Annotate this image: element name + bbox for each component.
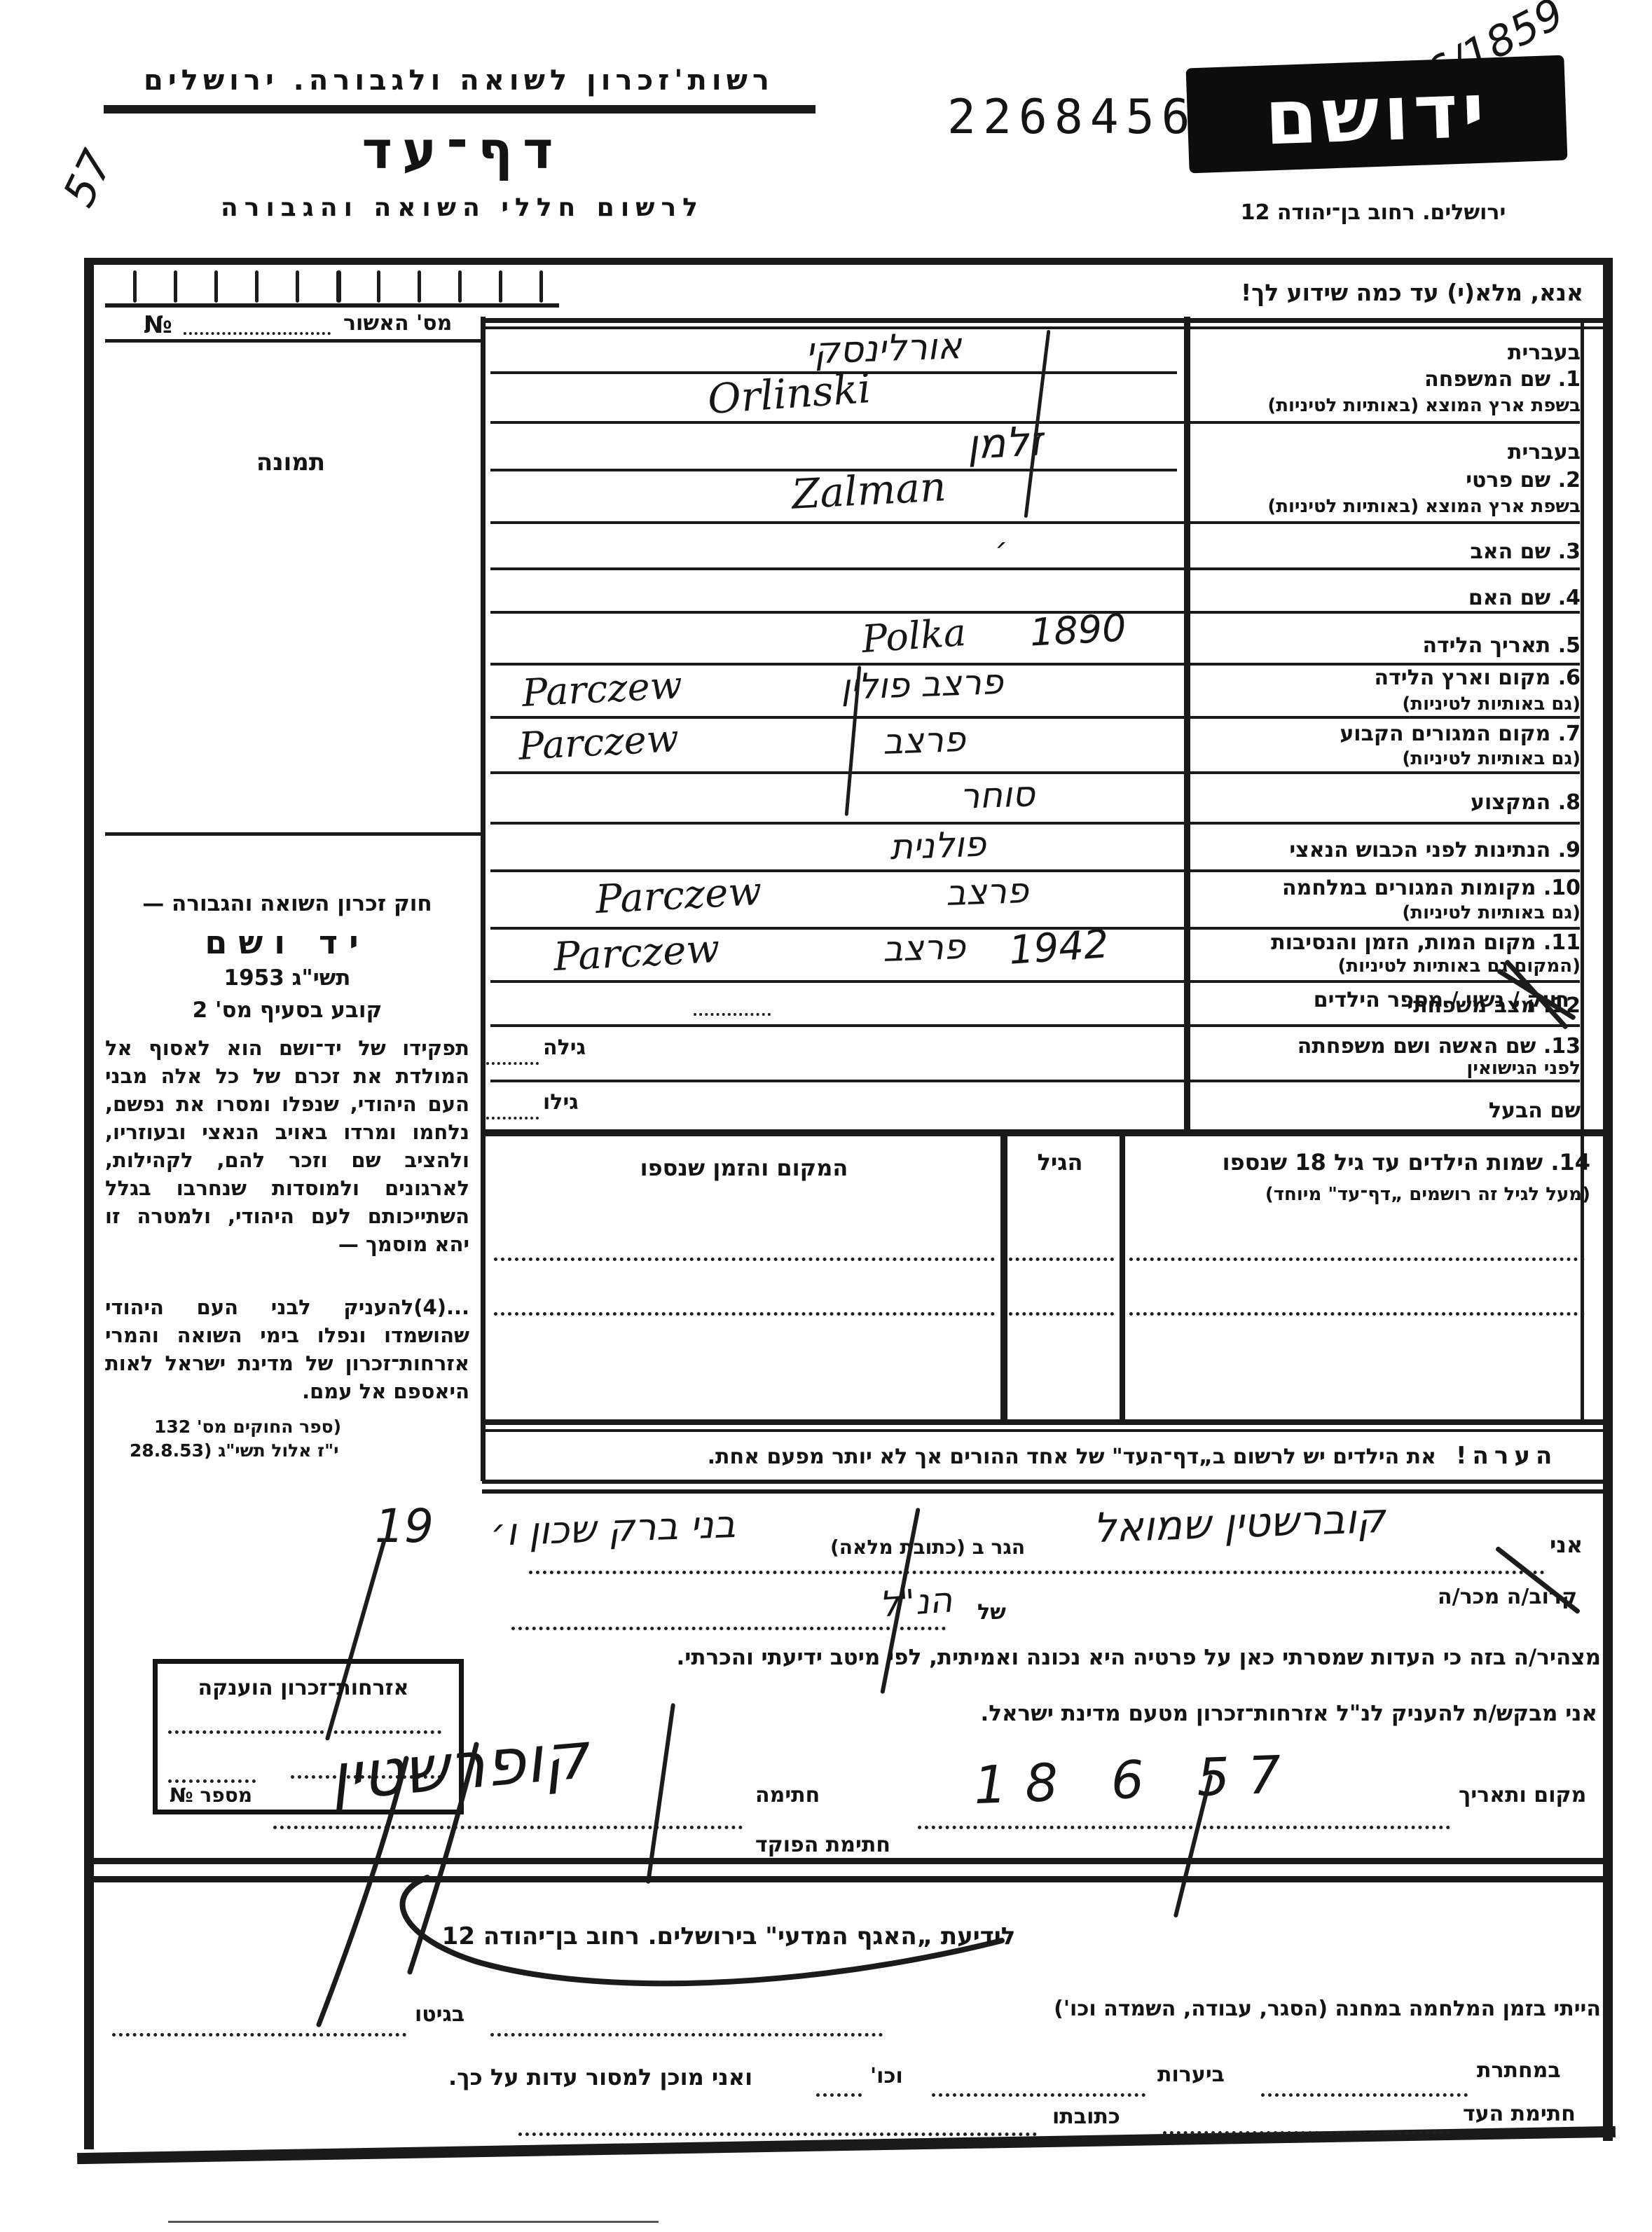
photo-underline	[105, 832, 482, 836]
yad-vashem-stamp: ידושם	[1186, 55, 1568, 174]
field-7-label: 7. מקום המגורים הקבוע	[1191, 722, 1581, 746]
field-rule	[490, 521, 1580, 524]
box-border-top	[84, 258, 1613, 265]
ruler-tick	[133, 270, 137, 303]
ruler-tick	[418, 270, 421, 303]
table-row-dots	[494, 1258, 995, 1261]
approval-underline	[105, 339, 482, 343]
ruler-tick	[377, 270, 380, 303]
camp-dots-2	[112, 2033, 406, 2037]
registration-number: 2268456	[947, 90, 1197, 145]
field-11-sub: (המקום גם באותיות לטיניות)	[1191, 956, 1581, 977]
field-rule	[490, 822, 1580, 825]
approval-label: מס' האשור	[343, 311, 452, 336]
ghetto-label: בגיטו	[415, 2002, 464, 2027]
table-row-dots	[1009, 1312, 1114, 1316]
ruler-tick	[336, 270, 341, 303]
field-rule	[490, 869, 1580, 872]
table-row-dots	[1129, 1312, 1585, 1316]
note-rule-1	[482, 1480, 1603, 1484]
box-border-right	[1603, 258, 1613, 2141]
ruler-underline	[105, 303, 559, 308]
marital-options: רווק / נשוי / מספר הילדים	[771, 988, 1569, 1012]
approval-no-symbol: №	[144, 311, 172, 339]
camp-line-label: הייתי בזמן המלחמה במחנה (הסגר, עבודה, הש…	[897, 1997, 1601, 2021]
hw-war-hebrew: פרצב	[945, 870, 1029, 914]
children-col-place: המקום והזמן שנספו	[490, 1155, 998, 1181]
children-col-age: הגיל	[1003, 1149, 1117, 1176]
field-10-sub: (גם באותיות לטיניות)	[1191, 902, 1581, 923]
decl-dots-relation	[511, 1627, 946, 1630]
ruler-tick	[296, 270, 299, 303]
hw-birthplace-latin: Parczew	[521, 663, 684, 715]
law-paragraph-1: תפקידו של יד־ושם הוא לאסוף אל המולדת את …	[105, 1034, 469, 1258]
hw-birth-word: Polka	[860, 610, 968, 661]
instruction-text: אנא, מלא(י) עד כמה שידוע לך!	[1191, 279, 1583, 306]
box-border-left	[84, 258, 94, 2149]
field-2-label: 2. שם פרטי	[1191, 468, 1581, 492]
page-title: דף־עד	[308, 120, 617, 181]
witness-addr-dots	[518, 2133, 1037, 2136]
hw-citizenship: פולנית	[889, 824, 986, 868]
hw-birth-year: 1890	[1028, 605, 1127, 654]
hw-deponent-address: בני ברק שכון ו׳	[490, 1502, 736, 1555]
her-age-dots	[486, 1062, 539, 1065]
field-4-label: 4. שם האם	[1191, 586, 1581, 610]
field-2-sub: בשפת ארץ המוצא (באותיות לטיניות)	[1191, 496, 1581, 517]
marital-options-dots	[694, 1013, 771, 1016]
his-age-dots	[486, 1117, 539, 1120]
divider-left-column	[481, 317, 486, 1481]
law-year: תשי"ג 1953	[105, 965, 469, 991]
field-rule	[490, 1080, 1580, 1082]
table-divider-2	[1120, 1129, 1125, 1424]
law-paragraph-2: ...(4)להעניק לבני העם היהודי שהושמדו ונפ…	[105, 1293, 469, 1405]
field-8-label: 8. המקצוע	[1191, 790, 1581, 815]
ruler-tick	[458, 270, 462, 303]
law-title-1: חוק זכרון השואה והגבורה —	[105, 891, 469, 916]
children-col-names: 14. שמות הילדים עד גיל 18 שנספו	[1135, 1149, 1590, 1176]
ruler-tick	[255, 270, 259, 303]
witness-sig-dots	[1163, 2131, 1450, 2135]
approval-dots	[184, 332, 331, 335]
note-label: הערה!	[1456, 1442, 1557, 1470]
hw-war-latin: Parczew	[594, 869, 762, 923]
stamp-text: ידושם	[1263, 67, 1490, 162]
decl-of-label: של	[977, 1600, 1006, 1625]
underground-dots	[1261, 2093, 1468, 2097]
org-line: רשות'זכרון לשואה ולגבורה. ירושלים	[105, 64, 813, 97]
scan-noise-line	[168, 2221, 659, 2223]
hw-death-year: 1942	[1007, 921, 1110, 974]
field-11-label: 11. מקום המות, הזמן והנסיבות	[1191, 930, 1581, 955]
testimony-page: רשות'זכרון לשואה ולגבורה. ירושלים דף־עד …	[0, 0, 1652, 2232]
hw-death-hebrew: פרצב	[882, 926, 966, 970]
decl-i-label: אני	[1550, 1531, 1583, 1558]
grant-title: אזרחות־זכרון הוענקה	[160, 1676, 447, 1700]
table-bottom-rule-1	[482, 1419, 1603, 1425]
place-date-label: מקום ותאריך	[1459, 1783, 1586, 1807]
decl-dots-name	[529, 1571, 1545, 1574]
ruler-tick	[499, 270, 502, 303]
camp-dots-1	[490, 2033, 883, 2037]
decl-statement: מצהיר/ה בזה כי העדות שמסרתי כאן על פרטיה…	[490, 1645, 1601, 1670]
table-top-rule	[482, 1129, 1603, 1136]
separator-rule-1	[91, 1858, 1603, 1864]
etc-label: וכו'	[870, 2064, 903, 2088]
children-col-names-sub: (מעל לגיל זה רושמים „דף־עד" מיוחד)	[1135, 1184, 1590, 1205]
info-line: לידיעת „האגף המדעי" בירושלים. רחוב בן־יה…	[378, 1922, 1079, 1950]
hw-of-value: הנ"ל	[878, 1579, 954, 1625]
field-rule	[490, 771, 1580, 774]
table-row-dots	[494, 1312, 995, 1316]
underground-label: במחתרת	[1477, 2058, 1561, 2083]
her-age-label: גילה	[543, 1035, 586, 1060]
field-1-label: 1. שם המשפחה	[1191, 367, 1581, 392]
office-address: ירושלים. רחוב בן־יהודה 12	[1149, 200, 1597, 225]
ruler-tick	[174, 270, 177, 303]
ready-label: ואני מוכן למסור עדות על כך.	[448, 2064, 752, 2090]
field-rule	[490, 567, 1580, 570]
hw-birthplace-hebrew: פרצב פולין	[840, 661, 1004, 708]
witness-addr-label: כתובתו	[1052, 2104, 1120, 2129]
field-13-sub: לפני הגישואין	[1191, 1058, 1581, 1079]
table-row-dots	[1129, 1258, 1585, 1261]
field-rule	[490, 1024, 1580, 1027]
hw-residence-latin: Parczew	[518, 716, 680, 769]
separator-rule-2	[91, 1876, 1603, 1882]
note-text: את הילדים יש לרשום ב„דף־העד" של אחד ההור…	[490, 1445, 1436, 1469]
law-title-2: יד ושם	[105, 923, 469, 961]
ruler-tick	[214, 270, 218, 303]
top-rule-2	[482, 326, 1603, 329]
table-bottom-rule-2	[482, 1429, 1603, 1432]
witness-sig-label: חתימת העד	[1463, 2102, 1576, 2126]
field-1-lang: בעברית	[1191, 340, 1581, 365]
org-underline	[104, 105, 815, 113]
forest-dots	[932, 2093, 1145, 2097]
field-6-sub: (גם באותיות לטיניות)	[1191, 694, 1581, 715]
field-6-label: 6. מקום וארץ הלידה	[1191, 666, 1581, 690]
field-1-sub: בשפת ארץ המוצא (באותיות לטיניות)	[1191, 395, 1581, 416]
photo-label: תמונה	[224, 448, 357, 476]
decl-live-label: הגר ב (כתובת מלאה)	[830, 1536, 1025, 1559]
ruler-tick	[539, 270, 543, 303]
top-rule-1	[482, 318, 1603, 323]
hw-stray-mark: ׳	[995, 531, 1007, 567]
table-row-dots	[1009, 1258, 1114, 1261]
field-3-label: 3. שם האב	[1191, 539, 1581, 564]
page-subtitle: לרשום חללי השואה והגבורה	[175, 193, 750, 222]
field-rule	[490, 980, 1580, 983]
his-age-label: גילו	[543, 1090, 579, 1115]
law-ref-1: (ספר החוקים מס' 132	[154, 1417, 341, 1437]
law-ref-2: י"ז אלול תשי"ג (28.8.53	[130, 1440, 339, 1461]
field-9-label: 9. הנתינות לפני הכבוש הנאצי	[1191, 838, 1581, 862]
hw-first-latin: Zalman	[790, 462, 947, 518]
law-clause: קובע בסעיף מס' 2	[105, 998, 469, 1023]
husband-label: שם הבעל	[1191, 1098, 1581, 1123]
field-5-label: 5. תאריך הלידה	[1191, 633, 1581, 658]
hw-profession: סוחר	[959, 773, 1035, 817]
field-13-label: 13. שם האשה ושם משפחתה	[1191, 1034, 1581, 1059]
hw-residence-hebrew: פרצב	[882, 719, 966, 762]
note-rule-2	[482, 1489, 1603, 1494]
hw-death-latin: Parczew	[552, 926, 720, 980]
etc-dots	[816, 2093, 862, 2097]
field-7-sub: (גם באותיות לטיניות)	[1191, 748, 1581, 769]
field-10-label: 10. מקומות המגורים במלחמה	[1191, 876, 1581, 900]
field-2-lang: בעברית	[1191, 440, 1581, 464]
hw-number-57: 57	[53, 142, 123, 214]
forest-label: ביערות	[1157, 2062, 1225, 2087]
hw-family-hebrew: אורלינסקי	[805, 325, 963, 373]
hw-deponent-name: קוברשטין שמואל	[1092, 1494, 1386, 1552]
